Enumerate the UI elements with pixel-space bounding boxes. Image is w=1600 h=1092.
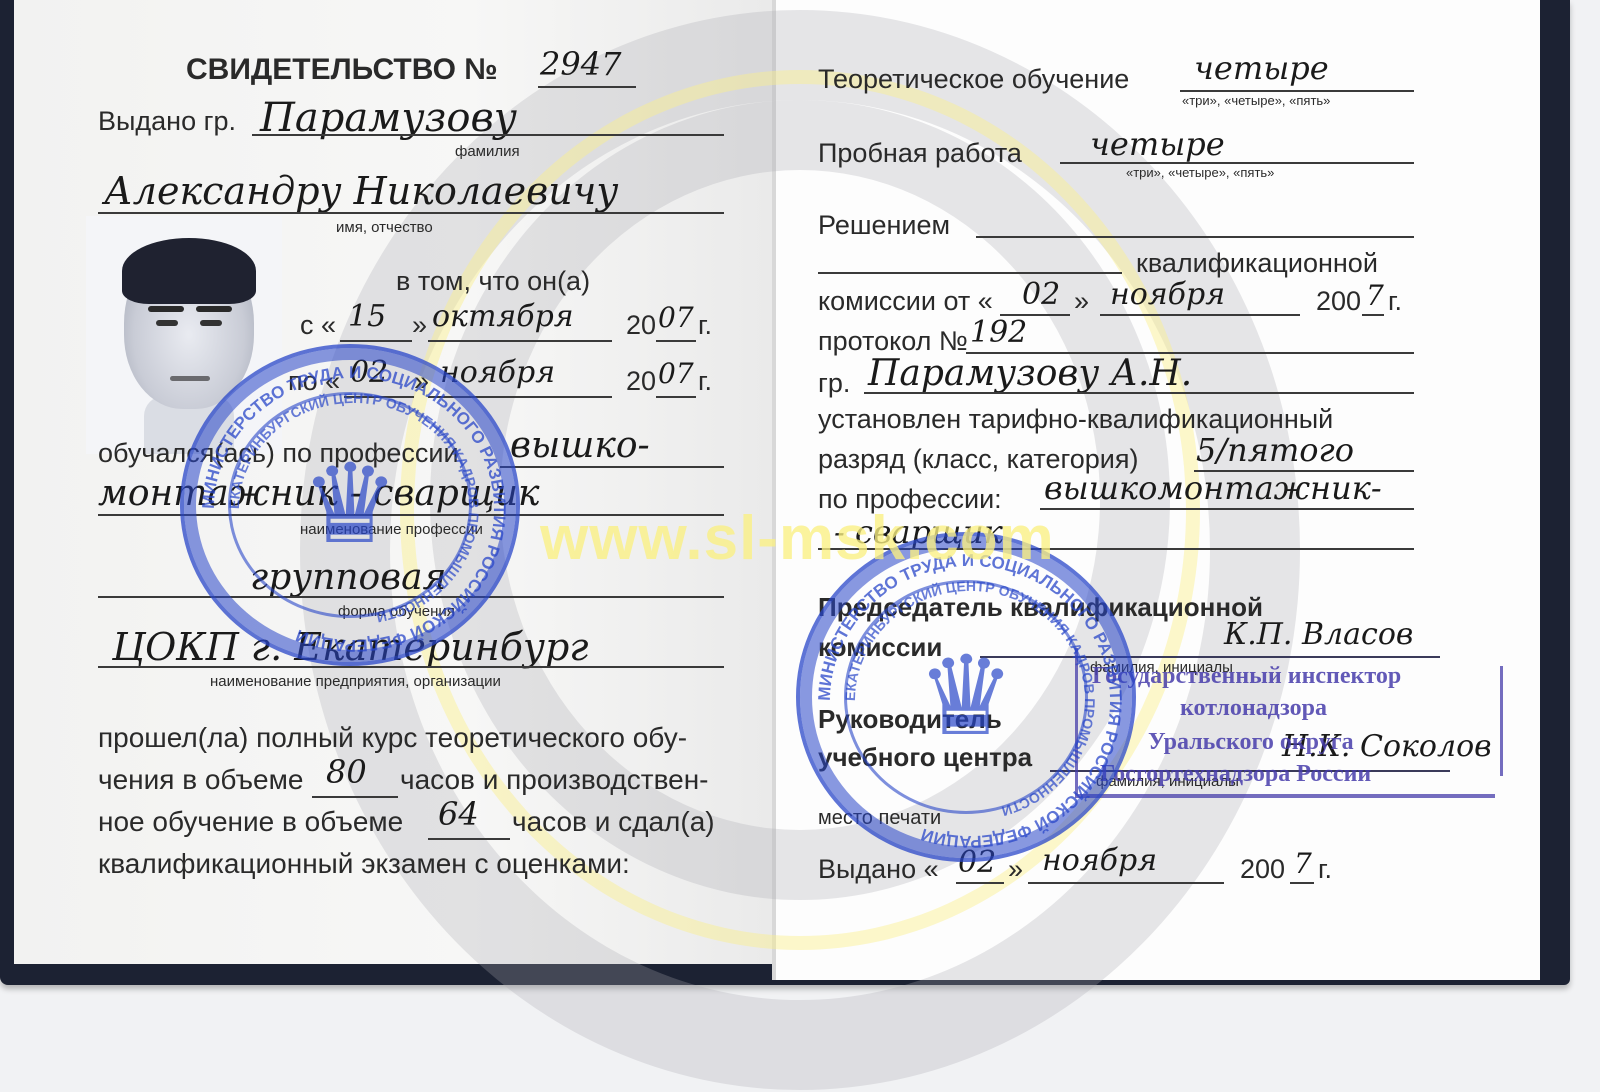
course-text-1: прошел(ла) полный курс теоретического об…	[98, 724, 687, 752]
protocol-number: 192	[970, 318, 1027, 348]
chairman-signature: К.П. Власов	[1224, 620, 1413, 650]
booklet-spine	[772, 0, 776, 980]
surname-caption: фамилия	[455, 144, 520, 159]
trial-label: Пробная работа	[818, 140, 1022, 167]
from-month: октября	[432, 302, 574, 332]
trial-grade: четыре	[1090, 128, 1225, 160]
first-patronymic-caption: имя, отчество	[336, 220, 433, 235]
surname-value: Парамузову	[260, 98, 517, 138]
in-that-text: в том, что он(а)	[396, 268, 590, 295]
to-year: 07	[658, 360, 694, 388]
decision-label: Решением	[818, 212, 950, 239]
double-headed-eagle-icon: ♛	[301, 450, 400, 560]
double-headed-eagle-icon: ♛	[917, 642, 1016, 752]
right-profession-line-1: вышкомонтажник-	[1044, 472, 1382, 504]
citizen-name: Парамузову А.Н.	[868, 356, 1192, 392]
from-year: 07	[658, 304, 694, 332]
training-center-seal-right: МИНИСТЕРСТВО ТРУДА И СОЦИАЛЬНОГО РАЗВИТИ…	[796, 532, 1136, 862]
profession-line-1: вышко-	[510, 428, 650, 464]
first-patronymic-value: Александру Николаевичу	[104, 172, 618, 210]
commission-day: 02	[1022, 280, 1060, 310]
theory-label: Теоретическое обучение	[818, 66, 1129, 93]
commission-year: 7	[1366, 282, 1384, 310]
issued-to-label: Выдано гр.	[98, 108, 236, 135]
protocol-label: протокол №	[818, 328, 968, 355]
commission-month: ноября	[1110, 280, 1225, 310]
grade-value: 5/пятого	[1196, 434, 1354, 466]
from-prefix: с «	[300, 312, 336, 339]
watermark-text: www.sl-msk.com	[540, 508, 1055, 570]
theory-grade: четыре	[1194, 52, 1329, 84]
theory-hours: 80	[326, 756, 367, 788]
training-center-seal-left: МИНИСТЕРСТВО ТРУДА И СОЦИАЛЬНОГО РАЗВИТИ…	[180, 344, 520, 666]
from-day: 15	[348, 302, 386, 332]
certificate-number: 2947	[540, 48, 621, 80]
certificate-title: СВИДЕТЕЛЬСТВО №	[186, 55, 498, 85]
organization-caption: наименование предприятия, организации	[210, 674, 501, 689]
issued-year: 7	[1294, 850, 1312, 878]
practice-hours: 64	[438, 798, 479, 830]
